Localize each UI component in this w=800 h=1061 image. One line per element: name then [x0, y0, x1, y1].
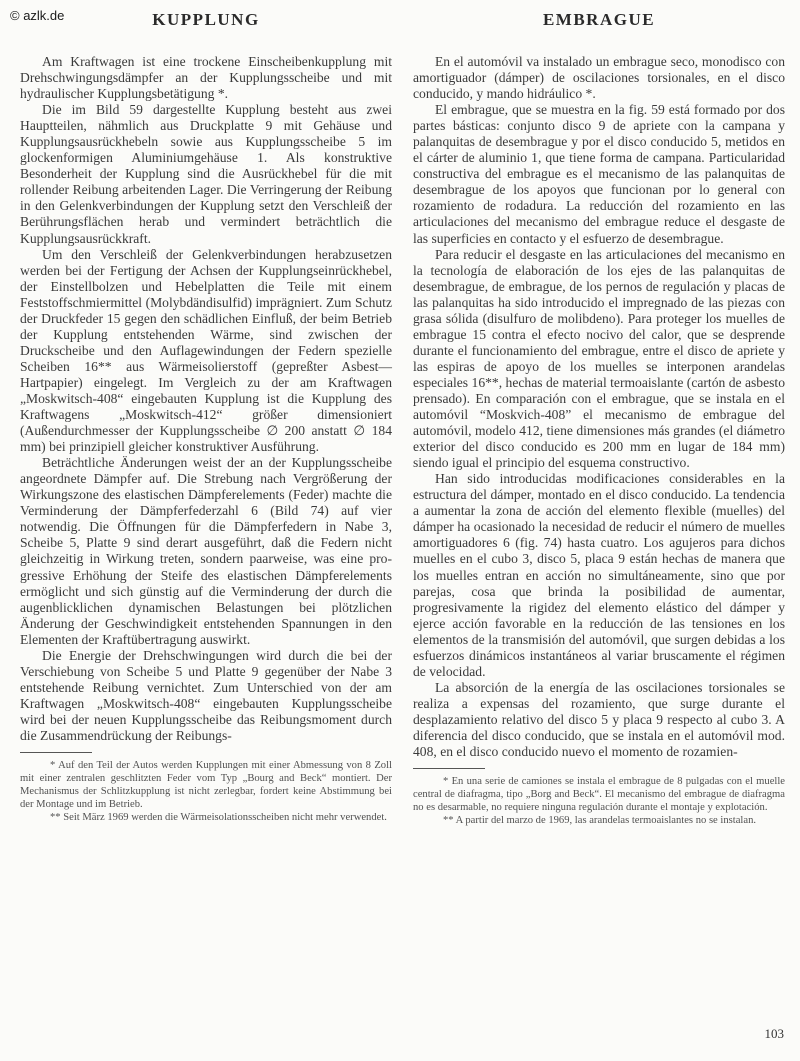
- paragraph: El embrague, que se muestra en la fig. 5…: [413, 102, 785, 246]
- paragraph: Beträchtliche Änderungen weist der an de…: [20, 455, 392, 648]
- page-number: 103: [765, 1026, 785, 1042]
- paragraph: La absorción de la energía de las oscila…: [413, 680, 785, 760]
- footnote-divider: [413, 768, 485, 769]
- spanish-footnotes: * En una serie de camiones se instala el…: [413, 775, 785, 827]
- footnote: * Auf den Teil der Autos werden Kupplung…: [20, 759, 392, 811]
- footnote-divider: [20, 752, 92, 753]
- footnote: ** A partir del marzo de 1969, las arand…: [413, 814, 785, 827]
- german-footnotes: * Auf den Teil der Autos werden Kupplung…: [20, 759, 392, 824]
- paragraph: En el automóvil va instalado un embrague…: [413, 54, 785, 102]
- german-column: KUPPLUNG Am Kraftwagen ist eine trockene…: [20, 8, 392, 824]
- footnote: ** Seit März 1969 werden die Wärmeisolat…: [20, 811, 392, 824]
- paragraph: Die im Bild 59 dargestellte Kupplung bes…: [20, 102, 392, 246]
- paragraph: Para reducir el desgaste en las articula…: [413, 247, 785, 472]
- paragraph: Am Kraftwagen ist eine trockene Einschei…: [20, 54, 392, 102]
- german-body: Am Kraftwagen ist eine trockene Einschei…: [20, 54, 392, 744]
- paragraph: Die Energie der Drehschwingungen wird du…: [20, 648, 392, 744]
- section-title-spanish: EMBRAGUE: [413, 10, 785, 30]
- paragraph: Han sido introducidas modificaciones con…: [413, 471, 785, 680]
- footnote: * En una serie de camiones se instala el…: [413, 775, 785, 814]
- spanish-body: En el automóvil va instalado un embrague…: [413, 54, 785, 760]
- section-title-german: KUPPLUNG: [20, 10, 392, 30]
- paragraph: Um den Verschleiß der Gelenkverbindungen…: [20, 247, 392, 456]
- spanish-column: EMBRAGUE En el automóvil va instalado un…: [413, 8, 785, 827]
